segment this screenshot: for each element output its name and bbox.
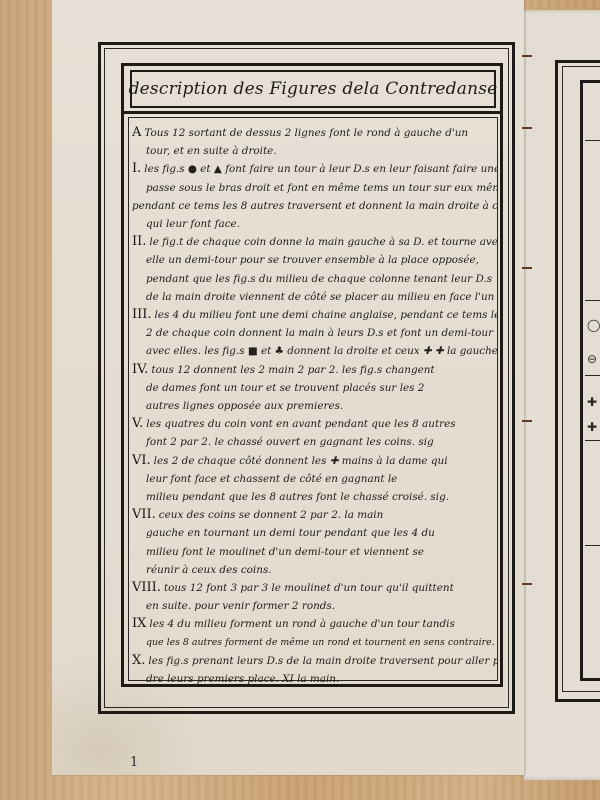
- entry-line: les 2 de chaque côté donnent les ✚ mains…: [154, 455, 448, 467]
- figure-label: I.: [132, 161, 141, 176]
- figure-label: II.: [132, 234, 146, 249]
- figure-label: III.: [132, 307, 152, 322]
- figure-entry-8: VIII.tous 12 font 3 par 3 le moulinet d'…: [132, 579, 498, 615]
- figure-label: IV.: [132, 362, 148, 377]
- figure-label: VIII.: [132, 580, 161, 595]
- entry-line: font 2 par 2. le chassé ouvert en gagnan…: [132, 433, 498, 451]
- entry-line: qui leur font face.: [132, 215, 498, 233]
- facing-page-cross-symbol: ✚: [587, 420, 597, 434]
- entry-line: milieu pendant que les 8 autres font le …: [132, 488, 498, 506]
- figure-label: IX: [132, 616, 146, 631]
- entry-line: tous 12 font 3 par 3 le moulinet d'un to…: [164, 582, 454, 594]
- facing-page-circle-symbol: ◯: [587, 318, 600, 332]
- figure-label: VI.: [132, 453, 151, 468]
- facing-page-cross-symbol: ✚: [587, 395, 597, 409]
- entry-line: gauche en tournant un demi tour pendant …: [132, 524, 498, 542]
- title-divider: [124, 111, 500, 114]
- page-title: description des Figures dela Contredanse: [129, 79, 498, 99]
- facing-page-crossed-circle-symbol: ⊖: [587, 352, 597, 366]
- figure-entry-3: III.les 4 du milieu font une demi chaine…: [132, 306, 498, 361]
- entry-line: passe sous le bras droit et font en même…: [132, 179, 498, 197]
- entry-line: ceux des coins se donnent 2 par 2. la ma…: [159, 509, 384, 521]
- entry-line: les 4 du milieu forment un rond à gauche…: [149, 618, 454, 630]
- entry-line: les quatres du coin vont en avant pendan…: [146, 418, 455, 430]
- entry-line: les 4 du milieu font une demi chaine ang…: [155, 309, 498, 321]
- entry-line: 2 de chaque coin donnent la main à leurs…: [132, 324, 498, 342]
- figure-entry-9: IXles 4 du milieu forment un rond à gauc…: [132, 615, 498, 651]
- entry-line: milieu font le moulinet d'un demi-tour e…: [132, 543, 498, 561]
- figure-label: X.: [132, 653, 145, 668]
- figure-entry-7: VII.ceux des coins se donnent 2 par 2. l…: [132, 506, 498, 579]
- figure-entry-6: VI.les 2 de chaque côté donnent les ✚ ma…: [132, 452, 498, 507]
- facing-page-table-frame: [580, 80, 600, 681]
- entry-line: autres lignes opposée aux premieres.: [132, 397, 498, 415]
- entry-line: que les 8 autres forment de même un rond…: [132, 634, 498, 652]
- entry-line: avec elles. les fig.s ■ et ♣ donnent la …: [132, 342, 498, 360]
- entry-line: leur font face et chassent de côté en ga…: [132, 470, 498, 488]
- figure-label: A: [132, 125, 141, 140]
- figure-entry-4: IV.tous 12 donnent les 2 main 2 par 2. l…: [132, 361, 498, 416]
- figure-descriptions: ATous 12 sortant de dessus 2 lignes font…: [132, 124, 498, 688]
- figure-entry-a: ATous 12 sortant de dessus 2 lignes font…: [132, 124, 498, 160]
- entry-line: elle un demi-tour pour se trouver ensemb…: [132, 251, 498, 269]
- entry-line: réunir à ceux des coins.: [132, 561, 498, 579]
- entry-line: les fig.s ● et ▲ font faire un tour à le…: [144, 163, 498, 175]
- figure-entry-10: X.les fig.s prenant leurs D.s de la main…: [132, 652, 498, 688]
- entry-line: pendant ce tems les 8 autres traversent …: [132, 197, 498, 215]
- figure-label: VII.: [132, 507, 156, 522]
- figure-label: V.: [132, 416, 143, 431]
- entry-line: en suite. pour venir former 2 ronds.: [132, 597, 498, 615]
- entry-line: pendant que les fig.s du milieu de chaqu…: [132, 270, 498, 288]
- figure-entry-1: I.les fig.s ● et ▲ font faire un tour à …: [132, 160, 498, 233]
- title-cartouche: description des Figures dela Contredanse: [130, 70, 496, 108]
- entry-line: les fig.s prenant leurs D.s de la main d…: [148, 655, 498, 667]
- entry-line: dre leurs premiers place. XI la main.: [132, 670, 498, 688]
- page-number: 1: [130, 755, 138, 770]
- entry-line: de la main droite viennent de côté se pl…: [132, 288, 498, 306]
- entry-line: de dames font un tour et se trouvent pla…: [132, 379, 498, 397]
- figure-entry-5: V.les quatres du coin vont en avant pend…: [132, 415, 498, 451]
- entry-line: Tous 12 sortant de dessus 2 lignes font …: [144, 127, 468, 139]
- entry-line: tour, et en suite à droite.: [132, 142, 498, 160]
- figure-entry-2: II.le fig.t de chaque coin donne la main…: [132, 233, 498, 306]
- entry-line: le fig.t de chaque coin donne la main ga…: [149, 236, 498, 248]
- entry-line: tous 12 donnent les 2 main 2 par 2. les …: [151, 364, 434, 376]
